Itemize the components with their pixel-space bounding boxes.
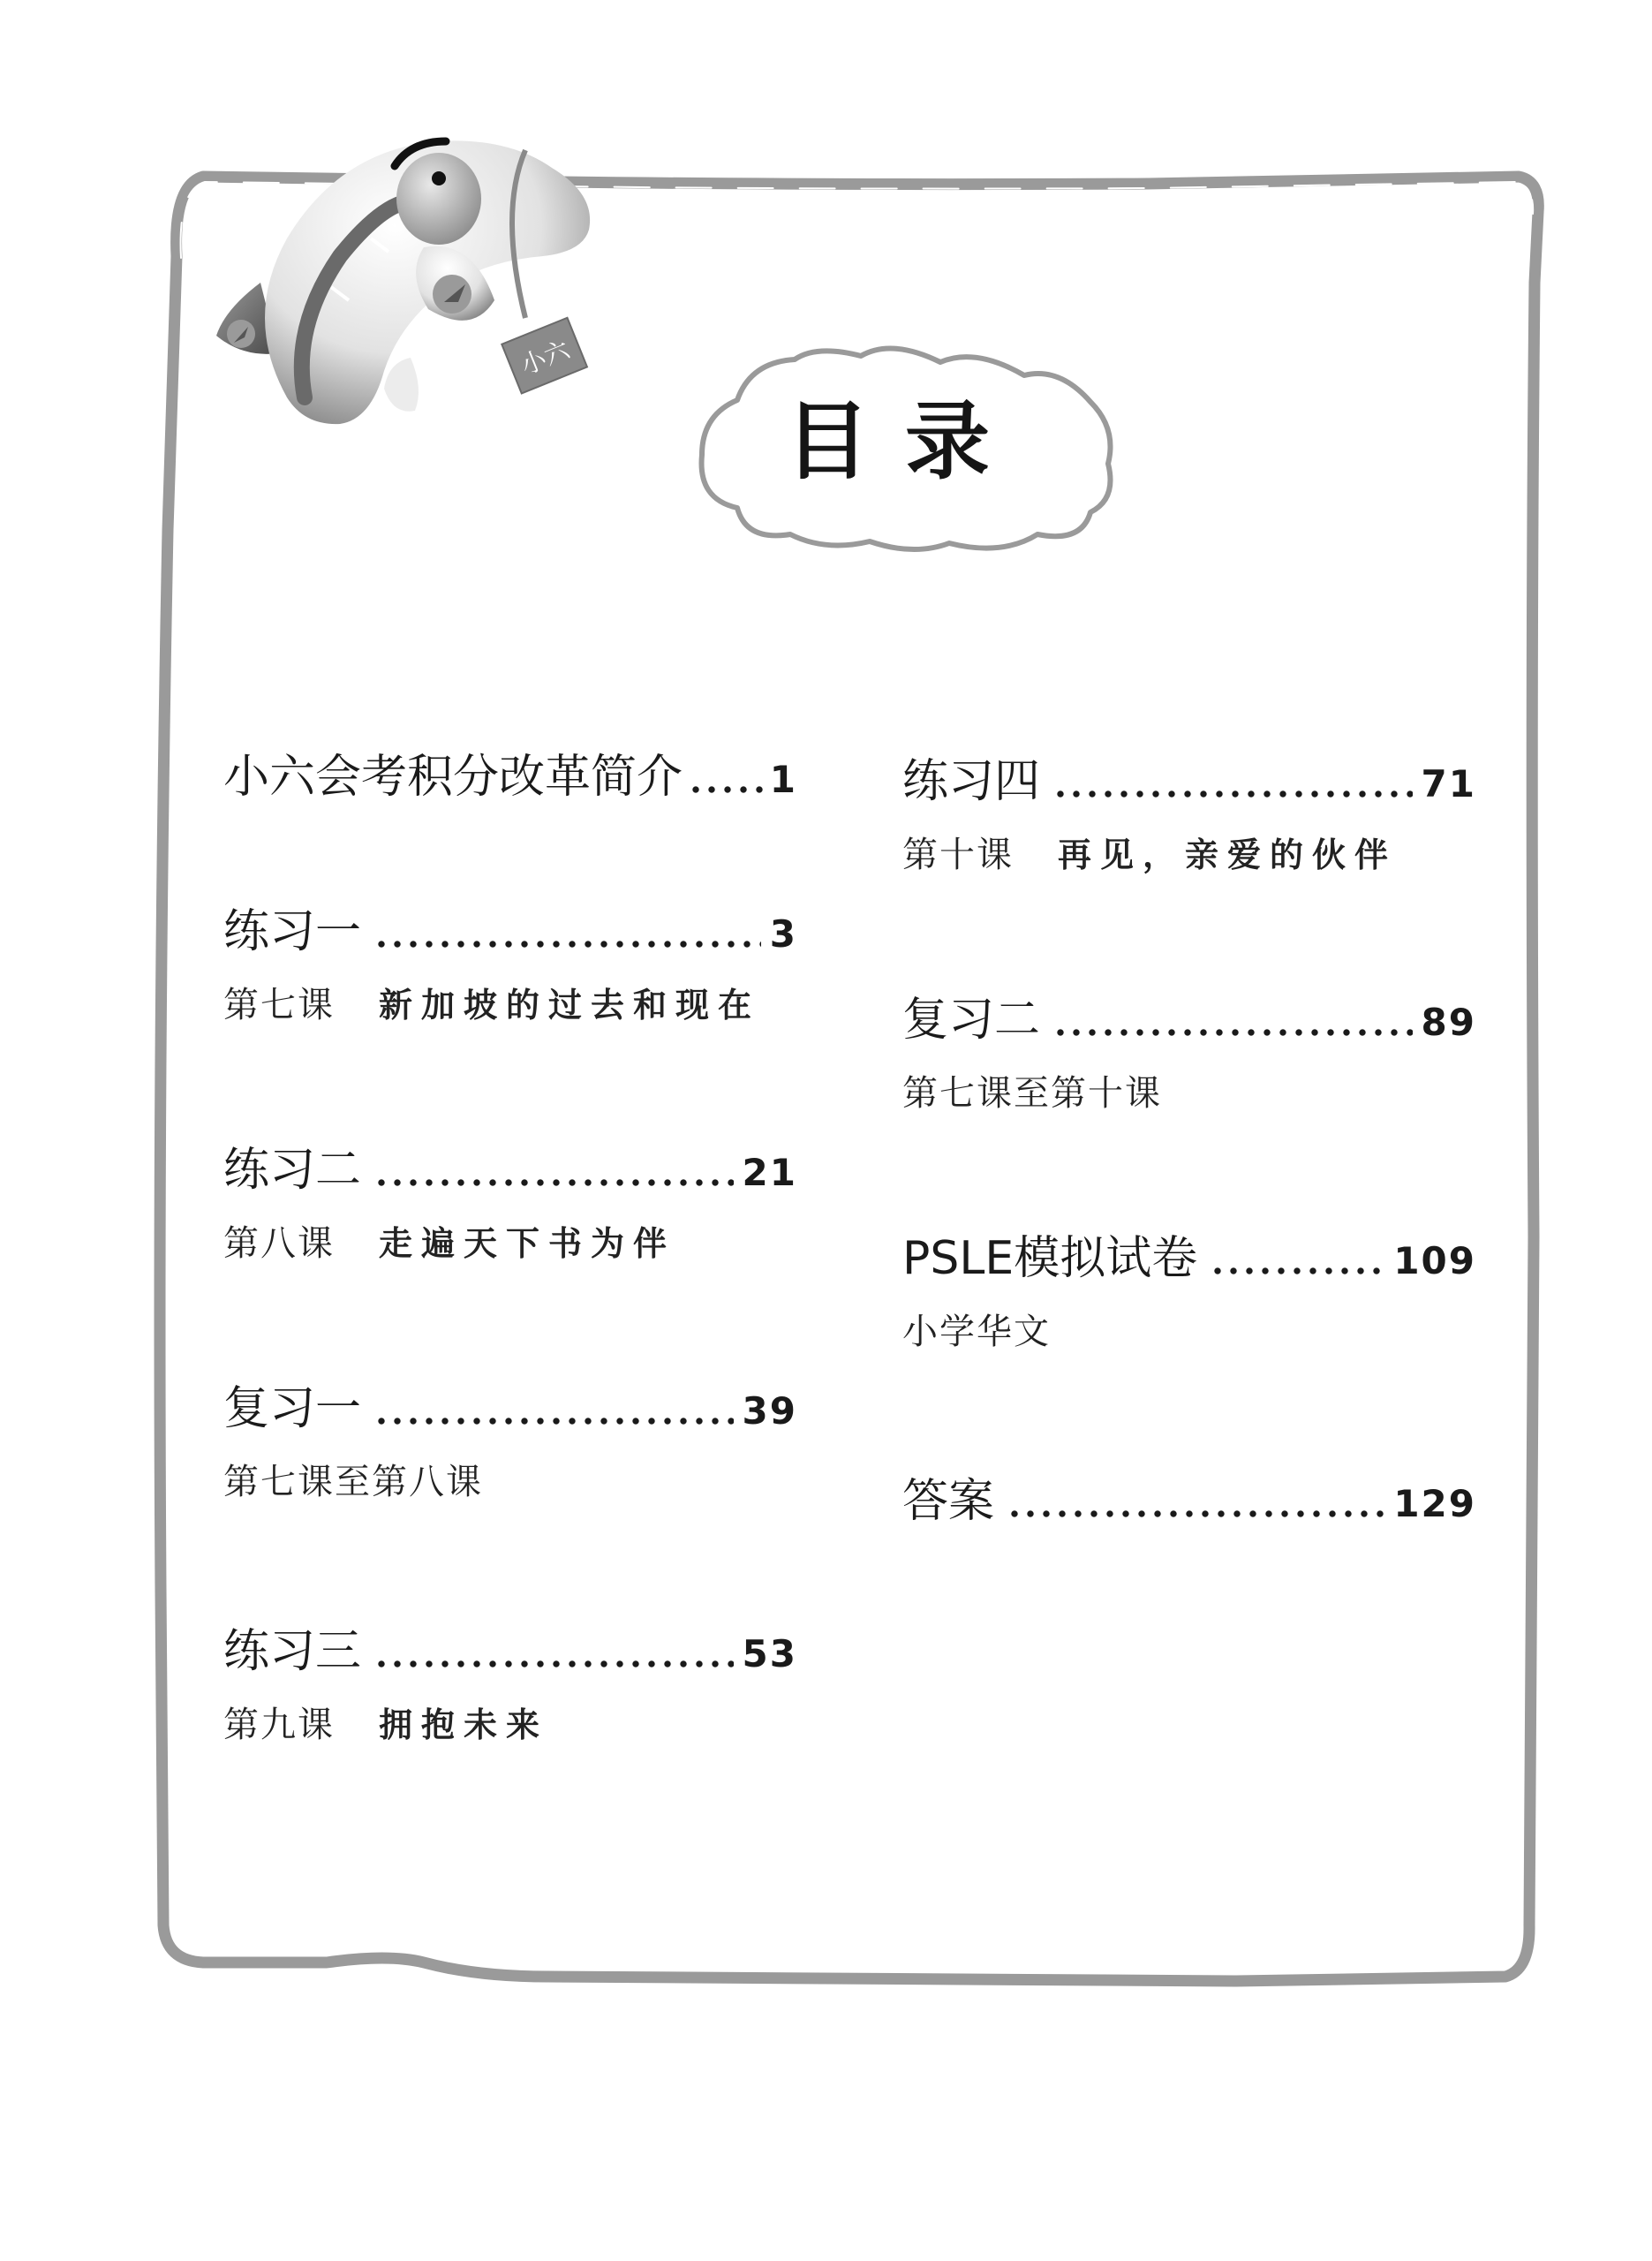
toc-entry-page: 71 xyxy=(1422,753,1476,815)
toc-entry-title: 练习二 xyxy=(223,1139,361,1201)
toc-entry-subtitle: 小学华文 xyxy=(902,1307,1476,1357)
lesson-number: 第十课 xyxy=(902,830,1014,880)
dot-leader xyxy=(1052,1028,1413,1037)
dot-leader xyxy=(1007,1509,1384,1518)
paper-subject: 小学华文 xyxy=(902,1312,1051,1352)
mascot-dolphin-illustration: 小六 xyxy=(207,106,622,433)
toc-entry-subtitle: 第九课拥抱未来 xyxy=(223,1700,797,1750)
dot-leader xyxy=(1210,1267,1384,1275)
dot-leader xyxy=(373,1417,734,1425)
toc-entry-subtitle: 第十课再见，亲爱的伙伴 xyxy=(902,830,1476,880)
toc-entry-subtitle: 第七课新加坡的过去和现在 xyxy=(223,980,797,1030)
toc-entry-title: 练习四 xyxy=(902,751,1040,813)
toc-entry-page: 3 xyxy=(770,904,797,965)
lesson-name: 新加坡的过去和现在 xyxy=(379,986,760,1025)
toc-entry[interactable]: 练习一 3 第七课新加坡的过去和现在 xyxy=(223,901,797,1030)
lesson-range: 第七课至第十课 xyxy=(902,1073,1162,1114)
toc-entry-title: 练习三 xyxy=(223,1621,361,1683)
toc-entry-subtitle: 第七课至第十课 xyxy=(902,1069,1476,1118)
page-title: 目录 xyxy=(684,389,1126,495)
toc-entry[interactable]: PSLE模拟试卷 109 小学华文 xyxy=(902,1228,1476,1357)
toc-entry-page: 109 xyxy=(1393,1230,1476,1292)
toc-entry-page: 53 xyxy=(743,1623,797,1685)
toc-entry-page: 1 xyxy=(770,749,797,811)
lesson-number: 第八课 xyxy=(223,1219,335,1268)
dot-leader xyxy=(1052,790,1413,798)
toc-entry[interactable]: 练习三 53 第九课拥抱未来 xyxy=(223,1621,797,1750)
lesson-name: 走遍天下书为伴 xyxy=(379,1224,675,1263)
lesson-number: 第九课 xyxy=(223,1700,335,1750)
toc-entry[interactable]: 练习二 21 第八课走遍天下书为伴 xyxy=(223,1139,797,1268)
toc-entry-title: 练习一 xyxy=(223,901,361,963)
dot-leader xyxy=(373,1660,734,1668)
lesson-name: 拥抱未来 xyxy=(379,1705,548,1744)
toc-entry-page: 21 xyxy=(743,1142,797,1204)
toc-entry[interactable]: 复习一 39 第七课至第八课 xyxy=(223,1378,797,1507)
toc-entry-page: 129 xyxy=(1393,1473,1476,1535)
toc-entry-subtitle: 第七课至第八课 xyxy=(223,1457,797,1507)
toc-entry-title: 复习一 xyxy=(223,1378,361,1440)
lesson-number: 第七课 xyxy=(223,980,335,1030)
toc-entry-subtitle: 第八课走遍天下书为伴 xyxy=(223,1219,797,1268)
toc-entry[interactable]: 小六会考积分改革简介 1 xyxy=(223,746,797,808)
dot-leader xyxy=(373,1178,734,1187)
lesson-range: 第七课至第八课 xyxy=(223,1462,483,1502)
toc-entry-page: 89 xyxy=(1422,992,1476,1054)
toc-entry-title: PSLE模拟试卷 xyxy=(902,1228,1197,1289)
toc-entry-title: 复习二 xyxy=(902,989,1040,1051)
dot-leader xyxy=(688,785,765,794)
toc-entry-title: 答案 xyxy=(902,1471,994,1532)
toc-entry[interactable]: 练习四 71 第十课再见，亲爱的伙伴 xyxy=(902,751,1476,880)
toc-entry[interactable]: 答案 129 xyxy=(902,1471,1476,1532)
dot-leader xyxy=(373,940,761,949)
toc-entry[interactable]: 复习二 89 第七课至第十课 xyxy=(902,989,1476,1118)
toc-entry-title: 小六会考积分改革简介 xyxy=(223,746,683,808)
lesson-name: 再见，亲爱的伙伴 xyxy=(1058,836,1397,874)
toc-entry-page: 39 xyxy=(743,1380,797,1442)
